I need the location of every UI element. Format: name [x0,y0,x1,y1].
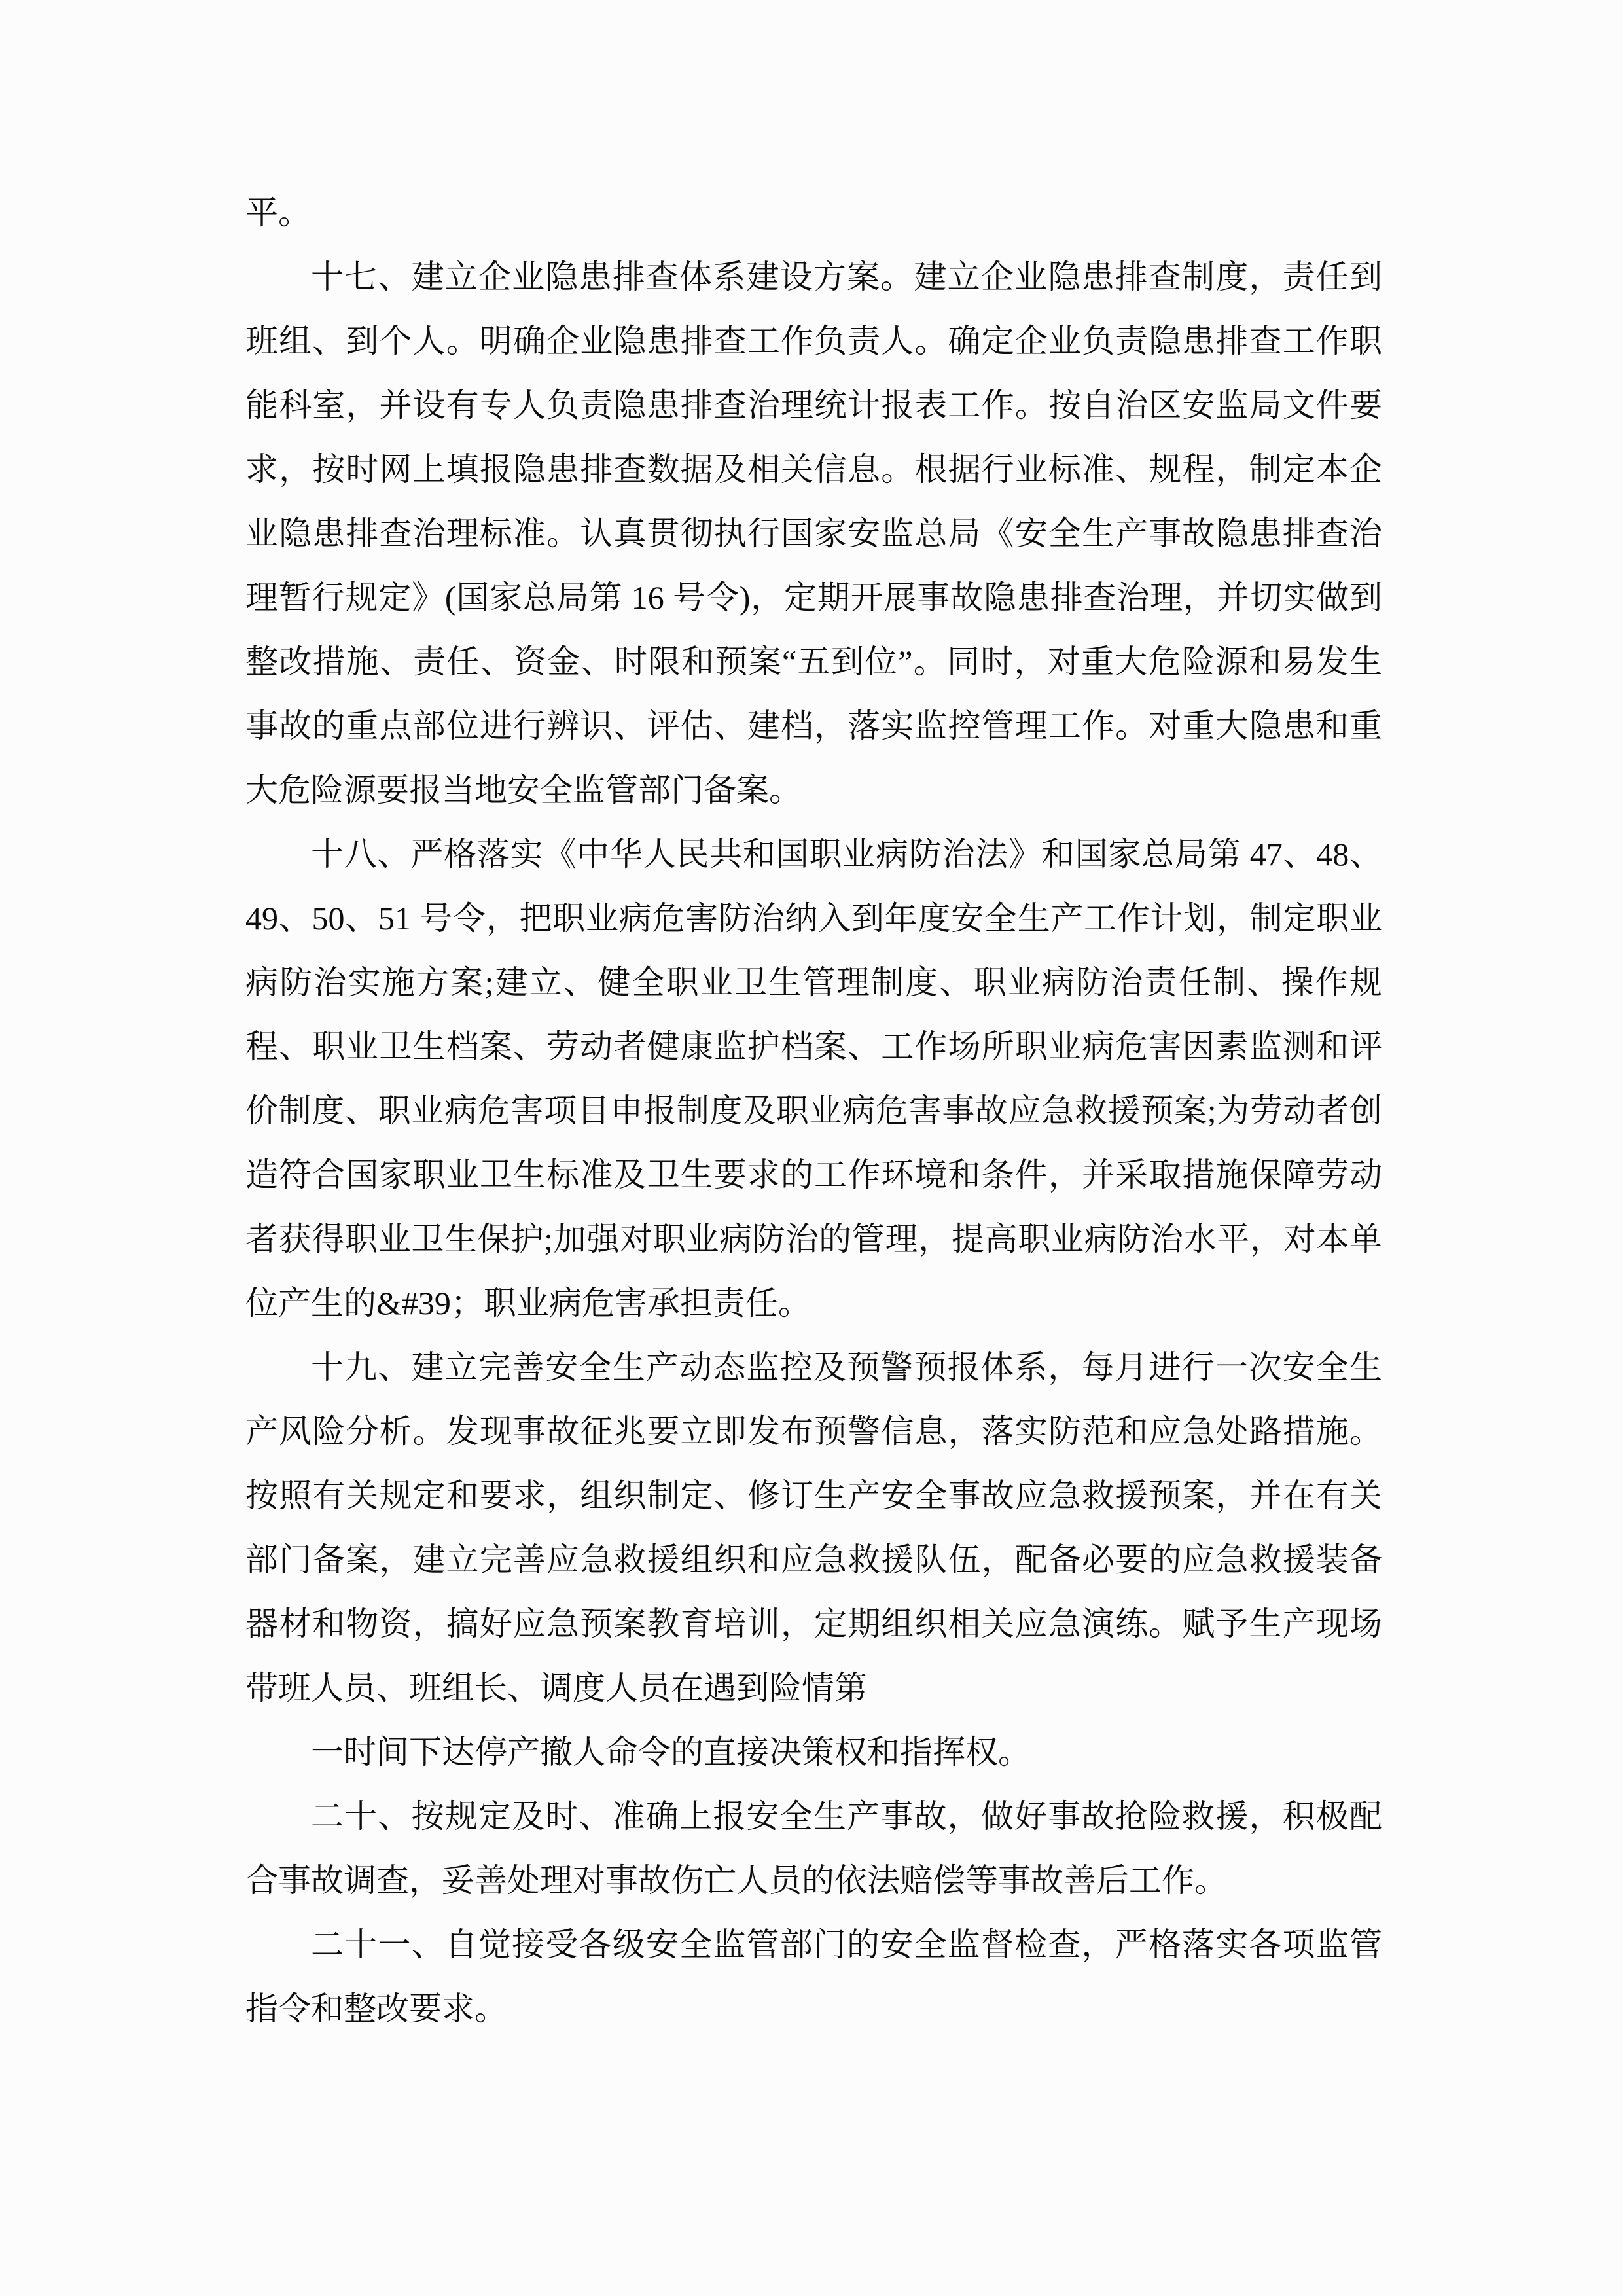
paragraph-continuation-first-time-order: 一时间下达停产撤人命令的直接决策权和指挥权。 [245,1720,1382,1784]
paragraph-item-21: 二十一、自觉接受各级安全监管部门的安全监督检查，严格落实各项监管指令和整改要求。 [245,1912,1382,2041]
paragraph-continuation-ping: 平。 [245,181,1382,245]
paragraph-item-20: 二十、按规定及时、准确上报安全生产事故，做好事故抢险救援，积极配合事故调查，妥善… [245,1784,1382,1912]
document-page: 平。 十七、建立企业隐患排查体系建设方案。建立企业隐患排查制度，责任到班组、到个… [0,0,1623,2296]
paragraph-item-19: 十九、建立完善安全生产动态监控及预警预报体系，每月进行一次安全生产风险分析。发现… [245,1335,1382,1720]
paragraph-item-17: 十七、建立企业隐患排查体系建设方案。建立企业隐患排查制度，责任到班组、到个人。明… [245,245,1382,822]
document-text-block: 平。 十七、建立企业隐患排查体系建设方案。建立企业隐患排查制度，责任到班组、到个… [245,181,1382,2041]
paragraph-item-18: 十八、严格落实《中华人民共和国职业病防治法》和国家总局第 47、48、49、50… [245,822,1382,1335]
